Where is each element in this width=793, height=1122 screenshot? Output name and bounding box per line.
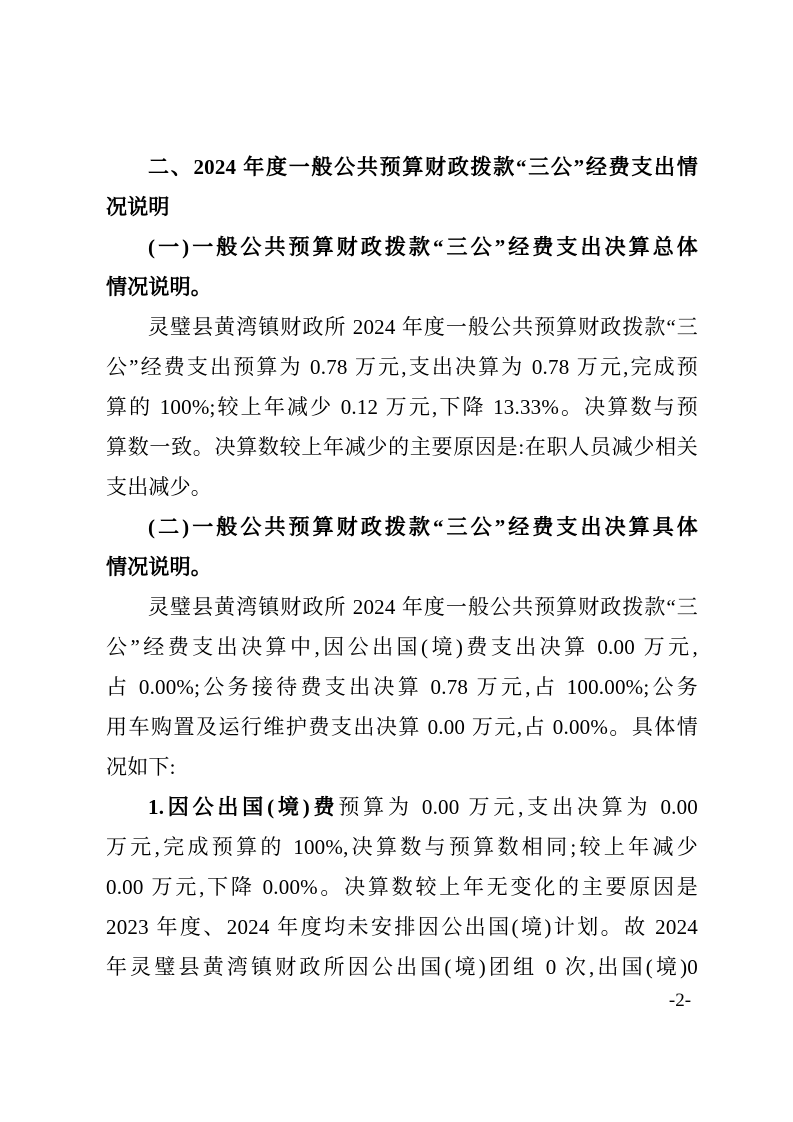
text-segment: 用车购置及运行维护费支出决算 0.00 万元,占 0.00%。具体情 [106, 715, 698, 739]
text-segment: 灵璧县黄湾镇财政所 2024 年度一般公共预算财政拨款“三 [148, 595, 698, 619]
document-line: 年灵璧县黄湾镇财政所因公出国(境)团组 0 次,出国(境)0 [106, 947, 698, 987]
page-number: -2- [660, 990, 700, 1012]
bold-text-segment: 1.因公出国(境)费 [148, 795, 338, 819]
document-line: 灵璧县黄湾镇财政所 2024 年度一般公共预算财政拨款“三 [106, 307, 698, 347]
document-line: 用车购置及运行维护费支出决算 0.00 万元,占 0.00%。具体情 [106, 707, 698, 747]
text-segment: 2023 年度、2024 年度均未安排因公出国(境)计划。故 2024 [106, 915, 698, 939]
document-line: 况如下: [106, 747, 698, 787]
text-segment: 算的 100%;较上年减少 0.12 万元,下降 13.33%。决算数与预 [106, 395, 698, 419]
text-segment: 支出减少。 [106, 475, 212, 499]
document-line: 公”经费支出决算中,因公出国(境)费支出决算 0.00 万元, [106, 627, 698, 667]
document-line: 况说明 [106, 187, 698, 227]
document-line: (一)一般公共预算财政拨款“三公”经费支出决算总体 [106, 227, 698, 267]
document-line: (二)一般公共预算财政拨款“三公”经费支出决算具体 [106, 507, 698, 547]
document-line: 占 0.00%;公务接待费支出决算 0.78 万元,占 100.00%;公务 [106, 667, 698, 707]
document-line: 二、2024 年度一般公共预算财政拨款“三公”经费支出情 [106, 147, 698, 187]
bold-text-segment: 二、2024 年度一般公共预算财政拨款“三公”经费支出情 [148, 155, 698, 179]
document-line: 算数一致。决算数较上年减少的主要原因是:在职人员减少相关 [106, 427, 698, 467]
text-segment: 万元,完成预算的 100%,决算数与预算数相同;较上年减少 [106, 835, 698, 859]
text-segment: 年灵璧县黄湾镇财政所因公出国(境)团组 0 次,出国(境)0 [106, 955, 698, 979]
document-line: 情况说明。 [106, 547, 698, 587]
text-segment: 公”经费支出决算中,因公出国(境)费支出决算 0.00 万元, [106, 635, 698, 659]
document-page: 二、2024 年度一般公共预算财政拨款“三公”经费支出情况说明(一)一般公共预算… [0, 0, 793, 1122]
document-line: 情况说明。 [106, 267, 698, 307]
text-segment: 况如下: [106, 755, 176, 779]
bold-text-segment: (一)一般公共预算财政拨款“三公”经费支出决算总体 [148, 235, 698, 259]
document-line: 算的 100%;较上年减少 0.12 万元,下降 13.33%。决算数与预 [106, 387, 698, 427]
document-body: 二、2024 年度一般公共预算财政拨款“三公”经费支出情况说明(一)一般公共预算… [106, 147, 698, 987]
document-line: 万元,完成预算的 100%,决算数与预算数相同;较上年减少 [106, 827, 698, 867]
document-line: 2023 年度、2024 年度均未安排因公出国(境)计划。故 2024 [106, 907, 698, 947]
document-line: 灵璧县黄湾镇财政所 2024 年度一般公共预算财政拨款“三 [106, 587, 698, 627]
document-line: 1.因公出国(境)费预算为 0.00 万元,支出决算为 0.00 [106, 787, 698, 827]
document-line: 0.00 万元,下降 0.00%。决算数较上年无变化的主要原因是 [106, 867, 698, 907]
text-segment: 占 0.00%;公务接待费支出决算 0.78 万元,占 100.00%;公务 [106, 675, 698, 699]
bold-text-segment: (二)一般公共预算财政拨款“三公”经费支出决算具体 [148, 515, 698, 539]
text-segment: 预算为 0.00 万元,支出决算为 0.00 [338, 795, 698, 819]
bold-text-segment: 情况说明。 [106, 555, 212, 579]
text-segment: 算数一致。决算数较上年减少的主要原因是:在职人员减少相关 [106, 435, 698, 459]
document-line: 支出减少。 [106, 467, 698, 507]
text-segment: 公”经费支出预算为 0.78 万元,支出决算为 0.78 万元,完成预 [106, 355, 698, 379]
text-segment: 0.00 万元,下降 0.00%。决算数较上年无变化的主要原因是 [106, 875, 698, 899]
bold-text-segment: 况说明 [106, 195, 170, 219]
bold-text-segment: 情况说明。 [106, 275, 212, 299]
text-segment: 灵璧县黄湾镇财政所 2024 年度一般公共预算财政拨款“三 [148, 315, 698, 339]
document-line: 公”经费支出预算为 0.78 万元,支出决算为 0.78 万元,完成预 [106, 347, 698, 387]
